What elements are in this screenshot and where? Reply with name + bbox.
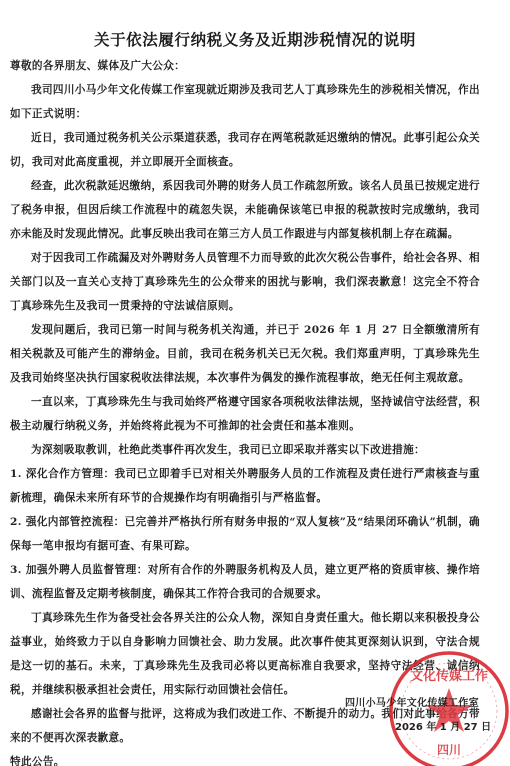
measure-item: 3. 加强外聘人员监督管理：对所有合作的外聘服务机构及人员，建立更严格的资质审核…	[10, 558, 480, 606]
paragraph-discovery: 近日，我司通过税务机关公示渠道获悉，我司存在两笔税款延迟缴纳的情况。此事引起公众…	[10, 126, 480, 174]
svg-text:四川: 四川	[437, 743, 461, 757]
paragraph-intro: 我司四川小马少年文化传媒工作室现就近期涉及我司艺人丁真珍珠先生的涉税相关情况，作…	[10, 78, 480, 126]
statement-document: 关于依法履行纳税义务及近期涉税情况的说明 尊敬的各界朋友、媒体及广大公众： 我司…	[0, 0, 510, 766]
document-title: 关于依法履行纳税义务及近期涉税情况的说明	[0, 28, 510, 50]
measure-item: 1. 深化合作方管理：我司已立即着手已对相关外聘服务人员的工作流程及责任进行严肃…	[10, 462, 480, 510]
paragraph-compliance: 一直以来，丁真珍珠先生与我司始终严格遵守国家各项税收法律法规，坚持诚信守法经营，…	[10, 390, 480, 438]
measure-item: 2. 强化内部管控流程：已完善并严格执行所有财务申报的“双人复核”及“结果闭环确…	[10, 510, 480, 558]
paragraph-apology: 对于因我司工作疏漏及对外聘财务人员管理不力而导致的此次欠税公告事件，给社会各界、…	[10, 246, 480, 318]
salutation: 尊敬的各界朋友、媒体及广大公众：	[10, 54, 480, 78]
svg-text:文化传媒工作: 文化传媒工作	[410, 668, 488, 684]
paragraph-measures-intro: 为深刻吸取教训，杜绝此类事件再次发生，我司已立即采取并落实以下改进措施：	[10, 438, 480, 462]
signature-organization: 四川小马少年文化传媒工作室	[345, 694, 479, 709]
signature-date: 2026 年 1 月 27 日	[395, 718, 491, 733]
paragraph-payment: 发现问题后，我司已第一时间与税务机关沟通，并已于 2026 年 1 月 27 日…	[10, 318, 480, 390]
paragraph-investigation: 经查，此次税款延迟缴纳，系因我司外聘的财务人员工作疏忽所致。该名人员虽已按规定进…	[10, 174, 480, 246]
